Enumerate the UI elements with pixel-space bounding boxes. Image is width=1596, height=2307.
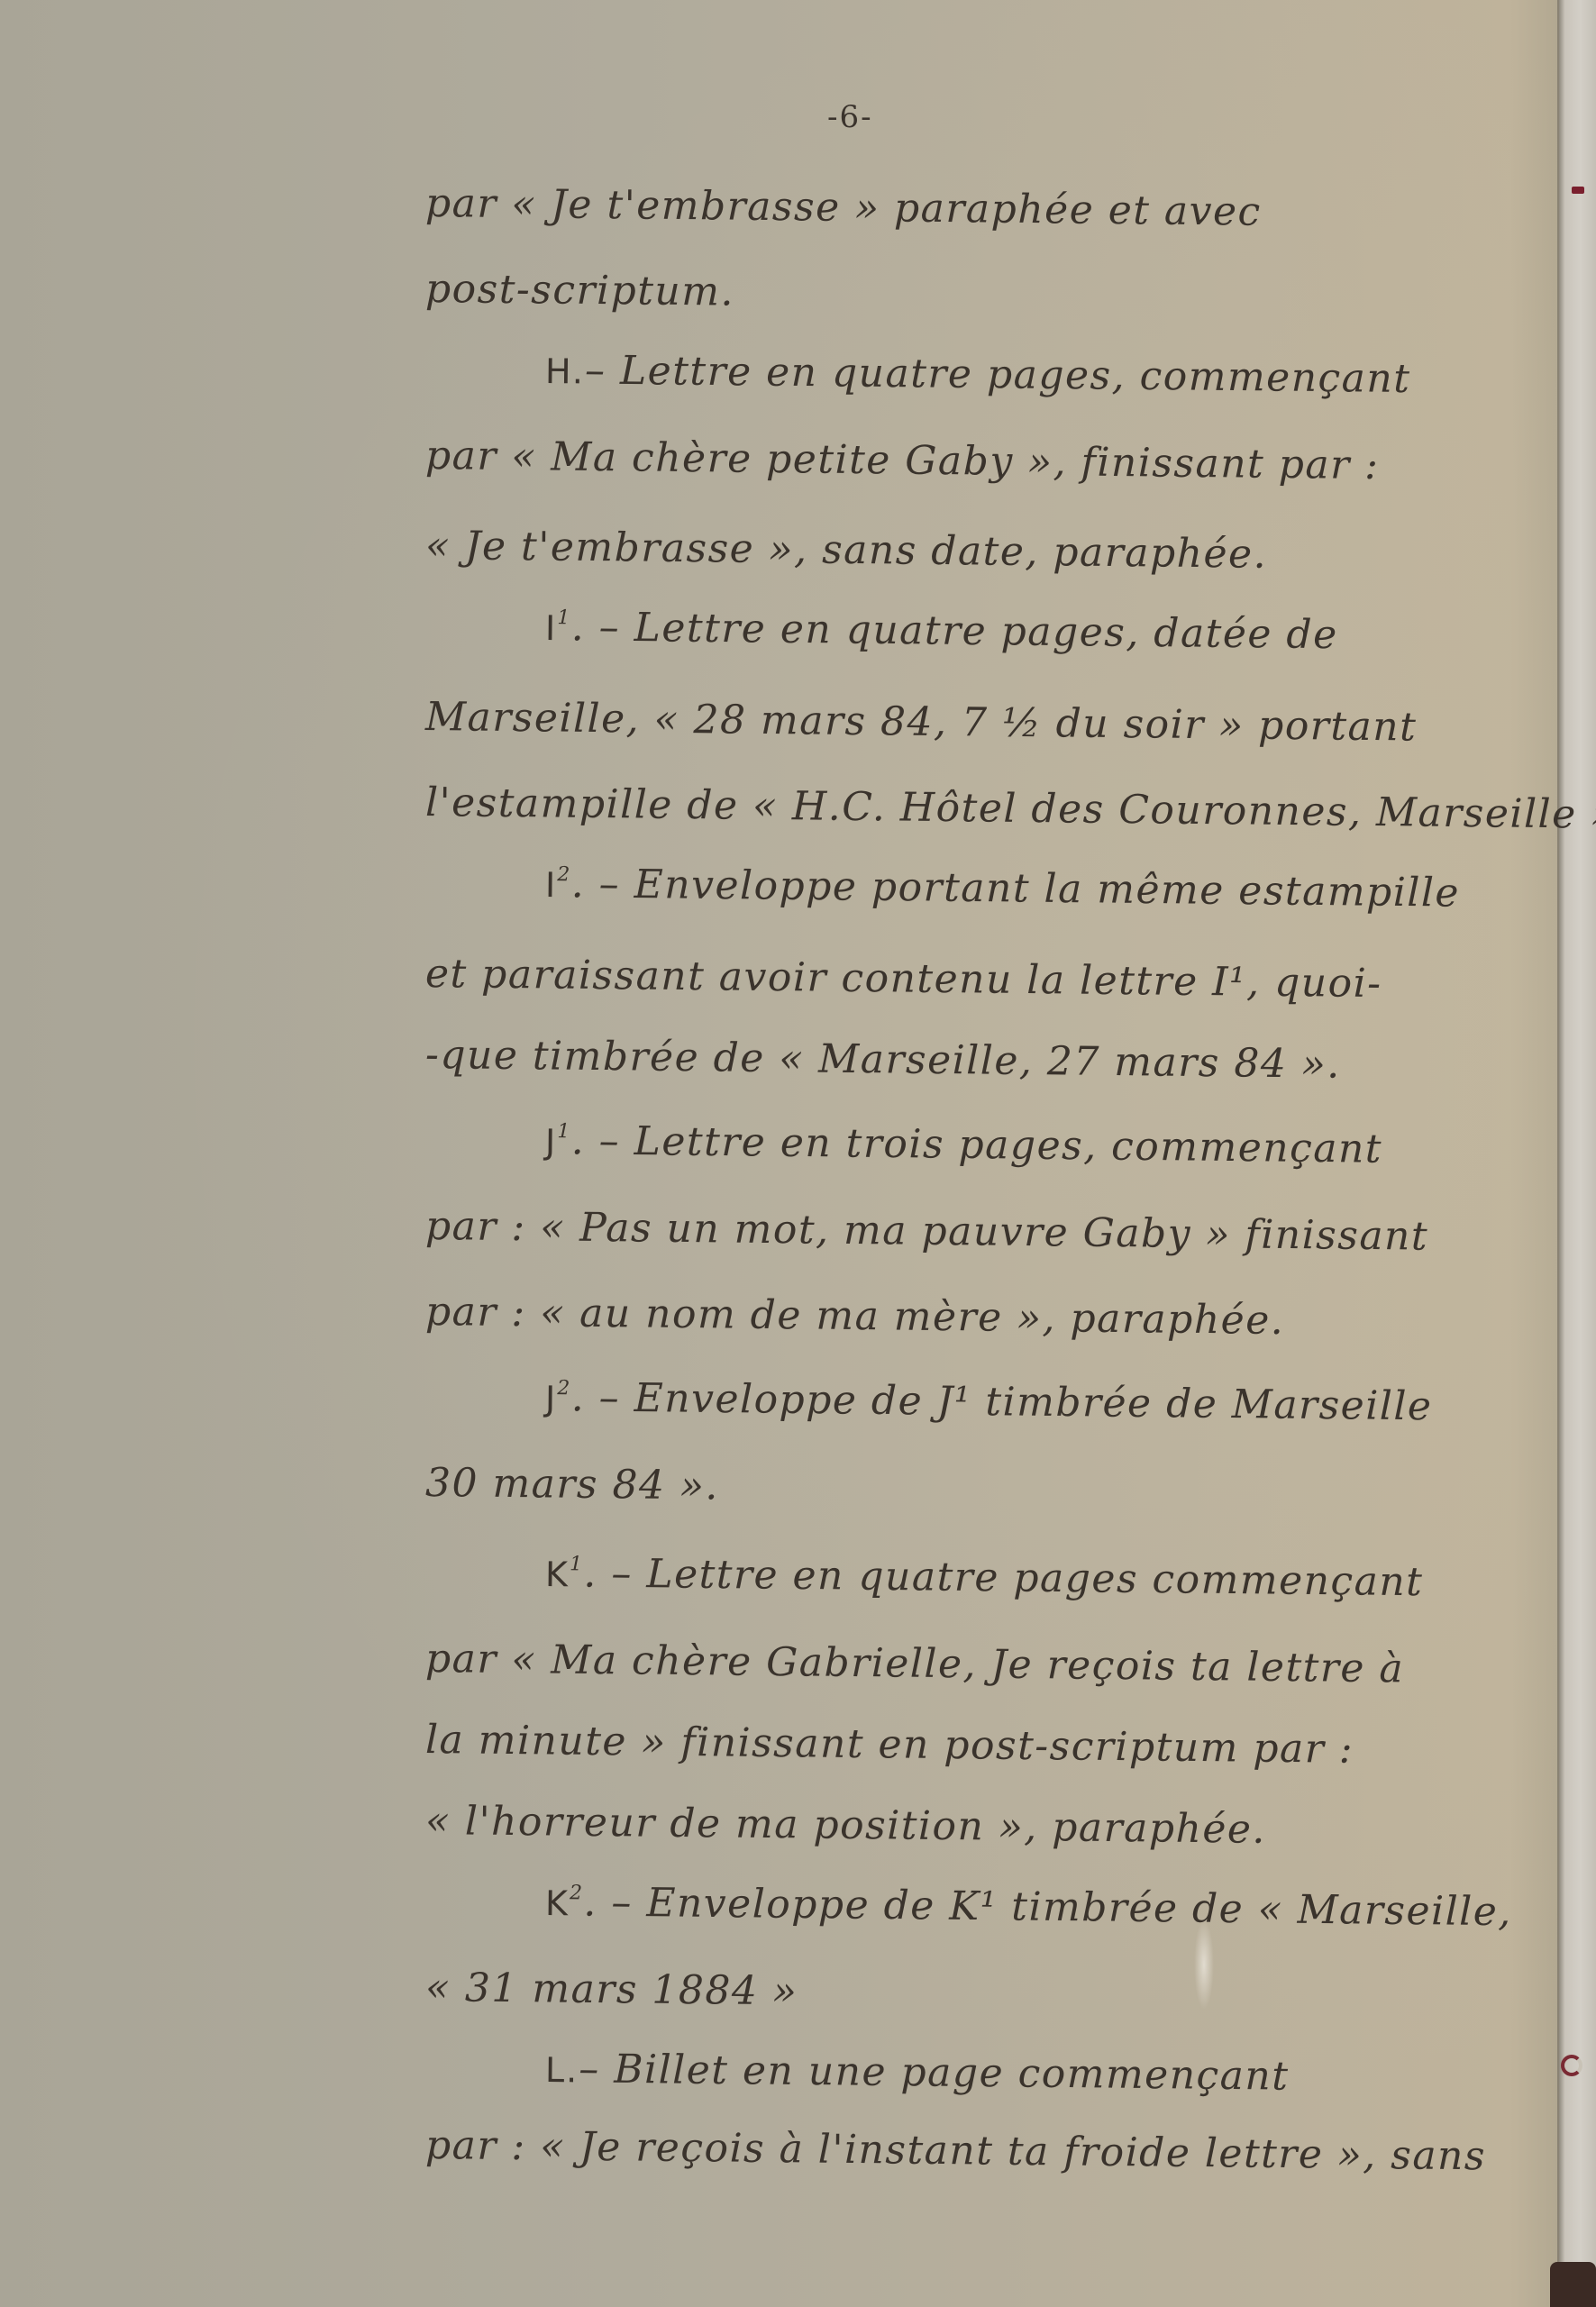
text-line: . – Enveloppe portant la même estampille bbox=[570, 861, 1460, 916]
entry-superscript: 1 bbox=[557, 1120, 571, 1143]
entry-label: K bbox=[545, 1883, 570, 1923]
entry-H: H.– Lettre en quatre pages, commençant bbox=[545, 347, 1411, 402]
text-line: . – Lettre en quatre pages, datée de bbox=[570, 604, 1337, 658]
entry-superscript: 1 bbox=[557, 606, 571, 629]
text-line: par « Ma chère petite Gaby », finissant … bbox=[425, 433, 1380, 488]
text-line: . – Lettre en quatre pages commençant bbox=[583, 1550, 1423, 1605]
text-line: – Lettre en quatre pages, commençant bbox=[585, 347, 1411, 402]
entry-label: I bbox=[545, 608, 558, 648]
text-line: 30 mars 84 ». bbox=[425, 1460, 719, 1509]
text-line: et paraissant avoir contenu la lettre I¹… bbox=[425, 951, 1382, 1007]
binding-thread-top bbox=[1572, 187, 1584, 194]
text-line: -que timbrée de « Marseille, 27 mars 84 … bbox=[425, 1032, 1341, 1088]
entry-J1: J1. – Lettre en trois pages, commençant bbox=[545, 1117, 1383, 1172]
entry-I1: I1. – Lettre en quatre pages, datée de bbox=[545, 604, 1338, 658]
text-line: par : « Je reçois à l'instant ta froide … bbox=[425, 2122, 1487, 2179]
entry-superscript: 1 bbox=[570, 1553, 584, 1575]
entry-label: H. bbox=[545, 351, 585, 391]
text-line: « 31 mars 1884 » bbox=[425, 1965, 798, 2014]
text-line: . – Enveloppe de J¹ timbrée de Marseille bbox=[570, 1374, 1432, 1429]
entry-J2: J2. – Enveloppe de J¹ timbrée de Marseil… bbox=[545, 1374, 1433, 1429]
page-number: -6- bbox=[827, 99, 873, 135]
text-line: « l'horreur de ma position », paraphée. bbox=[425, 1798, 1266, 1853]
entry-I2: I2. – Enveloppe portant la même estampil… bbox=[545, 861, 1461, 916]
text-line: – Billet en une page commençant bbox=[579, 2046, 1290, 2099]
text-line: . – Lettre en trois pages, commençant bbox=[570, 1117, 1382, 1172]
text-line: la minute » finissant en post-scriptum p… bbox=[425, 1717, 1354, 1773]
text-line: Marseille, « 28 mars 84, 7 ½ du soir » p… bbox=[425, 694, 1418, 751]
entry-label: I bbox=[545, 865, 558, 905]
entry-label: L. bbox=[545, 2050, 579, 2090]
entry-K2: K2. – Enveloppe de K¹ timbrée de « Marse… bbox=[545, 1879, 1512, 1935]
text-line: l'estampille de « H.C. Hôtel des Couronn… bbox=[425, 780, 1596, 838]
text-line: par « Je t'embrasse » paraphée et avec bbox=[425, 180, 1262, 235]
binding-thread-ring bbox=[1561, 2055, 1582, 2076]
entry-L: L.– Billet en une page commençant bbox=[545, 2046, 1290, 2100]
entry-K1: K1. – Lettre en quatre pages commençant bbox=[545, 1550, 1424, 1605]
entry-superscript: 2 bbox=[557, 1377, 571, 1400]
entry-superscript: 2 bbox=[557, 863, 571, 886]
text-line: par : « Pas un mot, ma pauvre Gaby » fin… bbox=[425, 1203, 1429, 1260]
book-binding bbox=[1557, 0, 1596, 2307]
entry-label: K bbox=[545, 1555, 570, 1594]
text-line: par : « au nom de ma mère », paraphée. bbox=[425, 1289, 1285, 1344]
text-line: par « Ma chère Gabrielle, Je reçois ta l… bbox=[425, 1636, 1405, 1691]
text-line: post-scriptum. bbox=[425, 266, 735, 315]
handwritten-text: -6- par « Je t'embrasse » paraphée et av… bbox=[0, 0, 1557, 2307]
text-line: . – Enveloppe de K¹ timbrée de « Marseil… bbox=[583, 1879, 1512, 1935]
entry-label: J bbox=[545, 1379, 558, 1418]
entry-label: J bbox=[545, 1122, 558, 1162]
entry-superscript: 2 bbox=[570, 1882, 584, 1904]
text-line: « Je t'embrasse », sans date, paraphée. bbox=[425, 523, 1268, 578]
